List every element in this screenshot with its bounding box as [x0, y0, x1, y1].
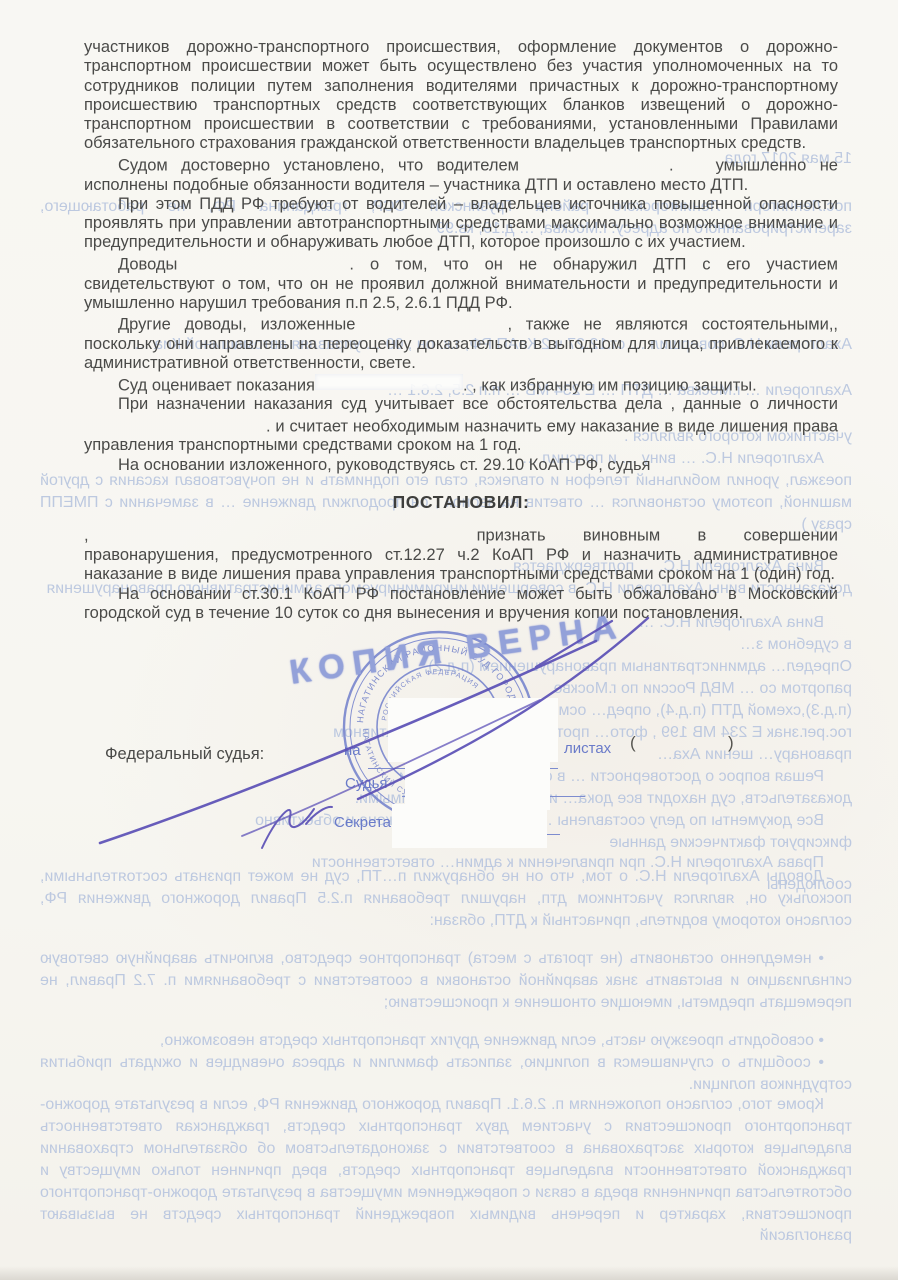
scan-edge-shadow [0, 1266, 898, 1280]
redacted-name-gap [177, 253, 349, 270]
stamp-label-judge: Судья [345, 775, 388, 792]
signature-paren-close: ) [728, 733, 734, 753]
judge-signature-label: Федеральный судья: [105, 745, 264, 764]
bleed-text: • сообщить о случившемся в полицию, запи… [40, 1052, 852, 1096]
paragraph-other-arguments: Другие доводы, изложенные, также не явля… [84, 313, 838, 373]
paragraph-appeal: На основании ст.30.1 КоАП РФ постановлен… [84, 585, 838, 624]
paragraph-pdd-requirements: При этом ПДД РФ требуют от водителей – в… [84, 195, 838, 253]
redacted-name-gap [355, 313, 507, 330]
redaction-box [405, 750, 550, 810]
paragraph-court-established: Судом достоверно установлено, что водите… [84, 154, 838, 195]
redacted-name-gap [89, 524, 477, 541]
text-fragment: . , как избранную им позицию защиты. [463, 376, 757, 394]
redaction-box [392, 804, 547, 848]
scanned-court-document-page: 15 мая 2017 года пос.Ленингори Ленингорс… [0, 0, 898, 1280]
paragraph-continuation: участников дорожно-транспортного происше… [84, 38, 838, 154]
stamp-label-sheets: листах [564, 740, 611, 757]
bleed-text: • немедленно остановить (не трогать с ме… [40, 948, 852, 1014]
paragraph-verdict: ,признать виновным в совершении правонар… [84, 524, 838, 584]
text-fragment: Доводы [118, 255, 177, 273]
text-fragment: Другие доводы, изложенные [118, 316, 355, 334]
paragraph-basis: На основании изложенного, руководствуясь… [84, 456, 838, 475]
paragraph-sentencing: При назначении наказания суд учитывает в… [84, 395, 838, 455]
bleed-text: Доводы Ахалгорели Н.С. о том, что он не … [40, 866, 852, 932]
redacted-name-gap [519, 154, 669, 171]
paragraph-arguments: Доводы. о том, что он не обнаружил ДТП с… [84, 253, 838, 313]
bleed-text: Кроме того, согласно положениям п. 2.6.1… [40, 1094, 852, 1247]
redacted-gap [674, 154, 716, 171]
text-fragment: Суд оценивает показания [118, 376, 315, 394]
signature-paren-open: ( [630, 733, 636, 753]
bleed-text: • освободить проезжую часть, если движен… [40, 1030, 852, 1052]
redacted-name-gap [84, 415, 266, 432]
paragraph-court-assessment: Суд оценивает показания. , как избранную… [84, 374, 838, 396]
document-body: участников дорожно-транспортного происше… [84, 38, 838, 623]
resolution-heading: ПОСТАНОВИЛ: [84, 493, 838, 512]
stamp-label-na: на [344, 742, 361, 759]
redacted-name-gap [315, 374, 463, 391]
text-fragment: При назначении наказания суд учитывает в… [118, 395, 838, 413]
text-fragment: Судом достоверно установлено, что водите… [118, 156, 519, 174]
